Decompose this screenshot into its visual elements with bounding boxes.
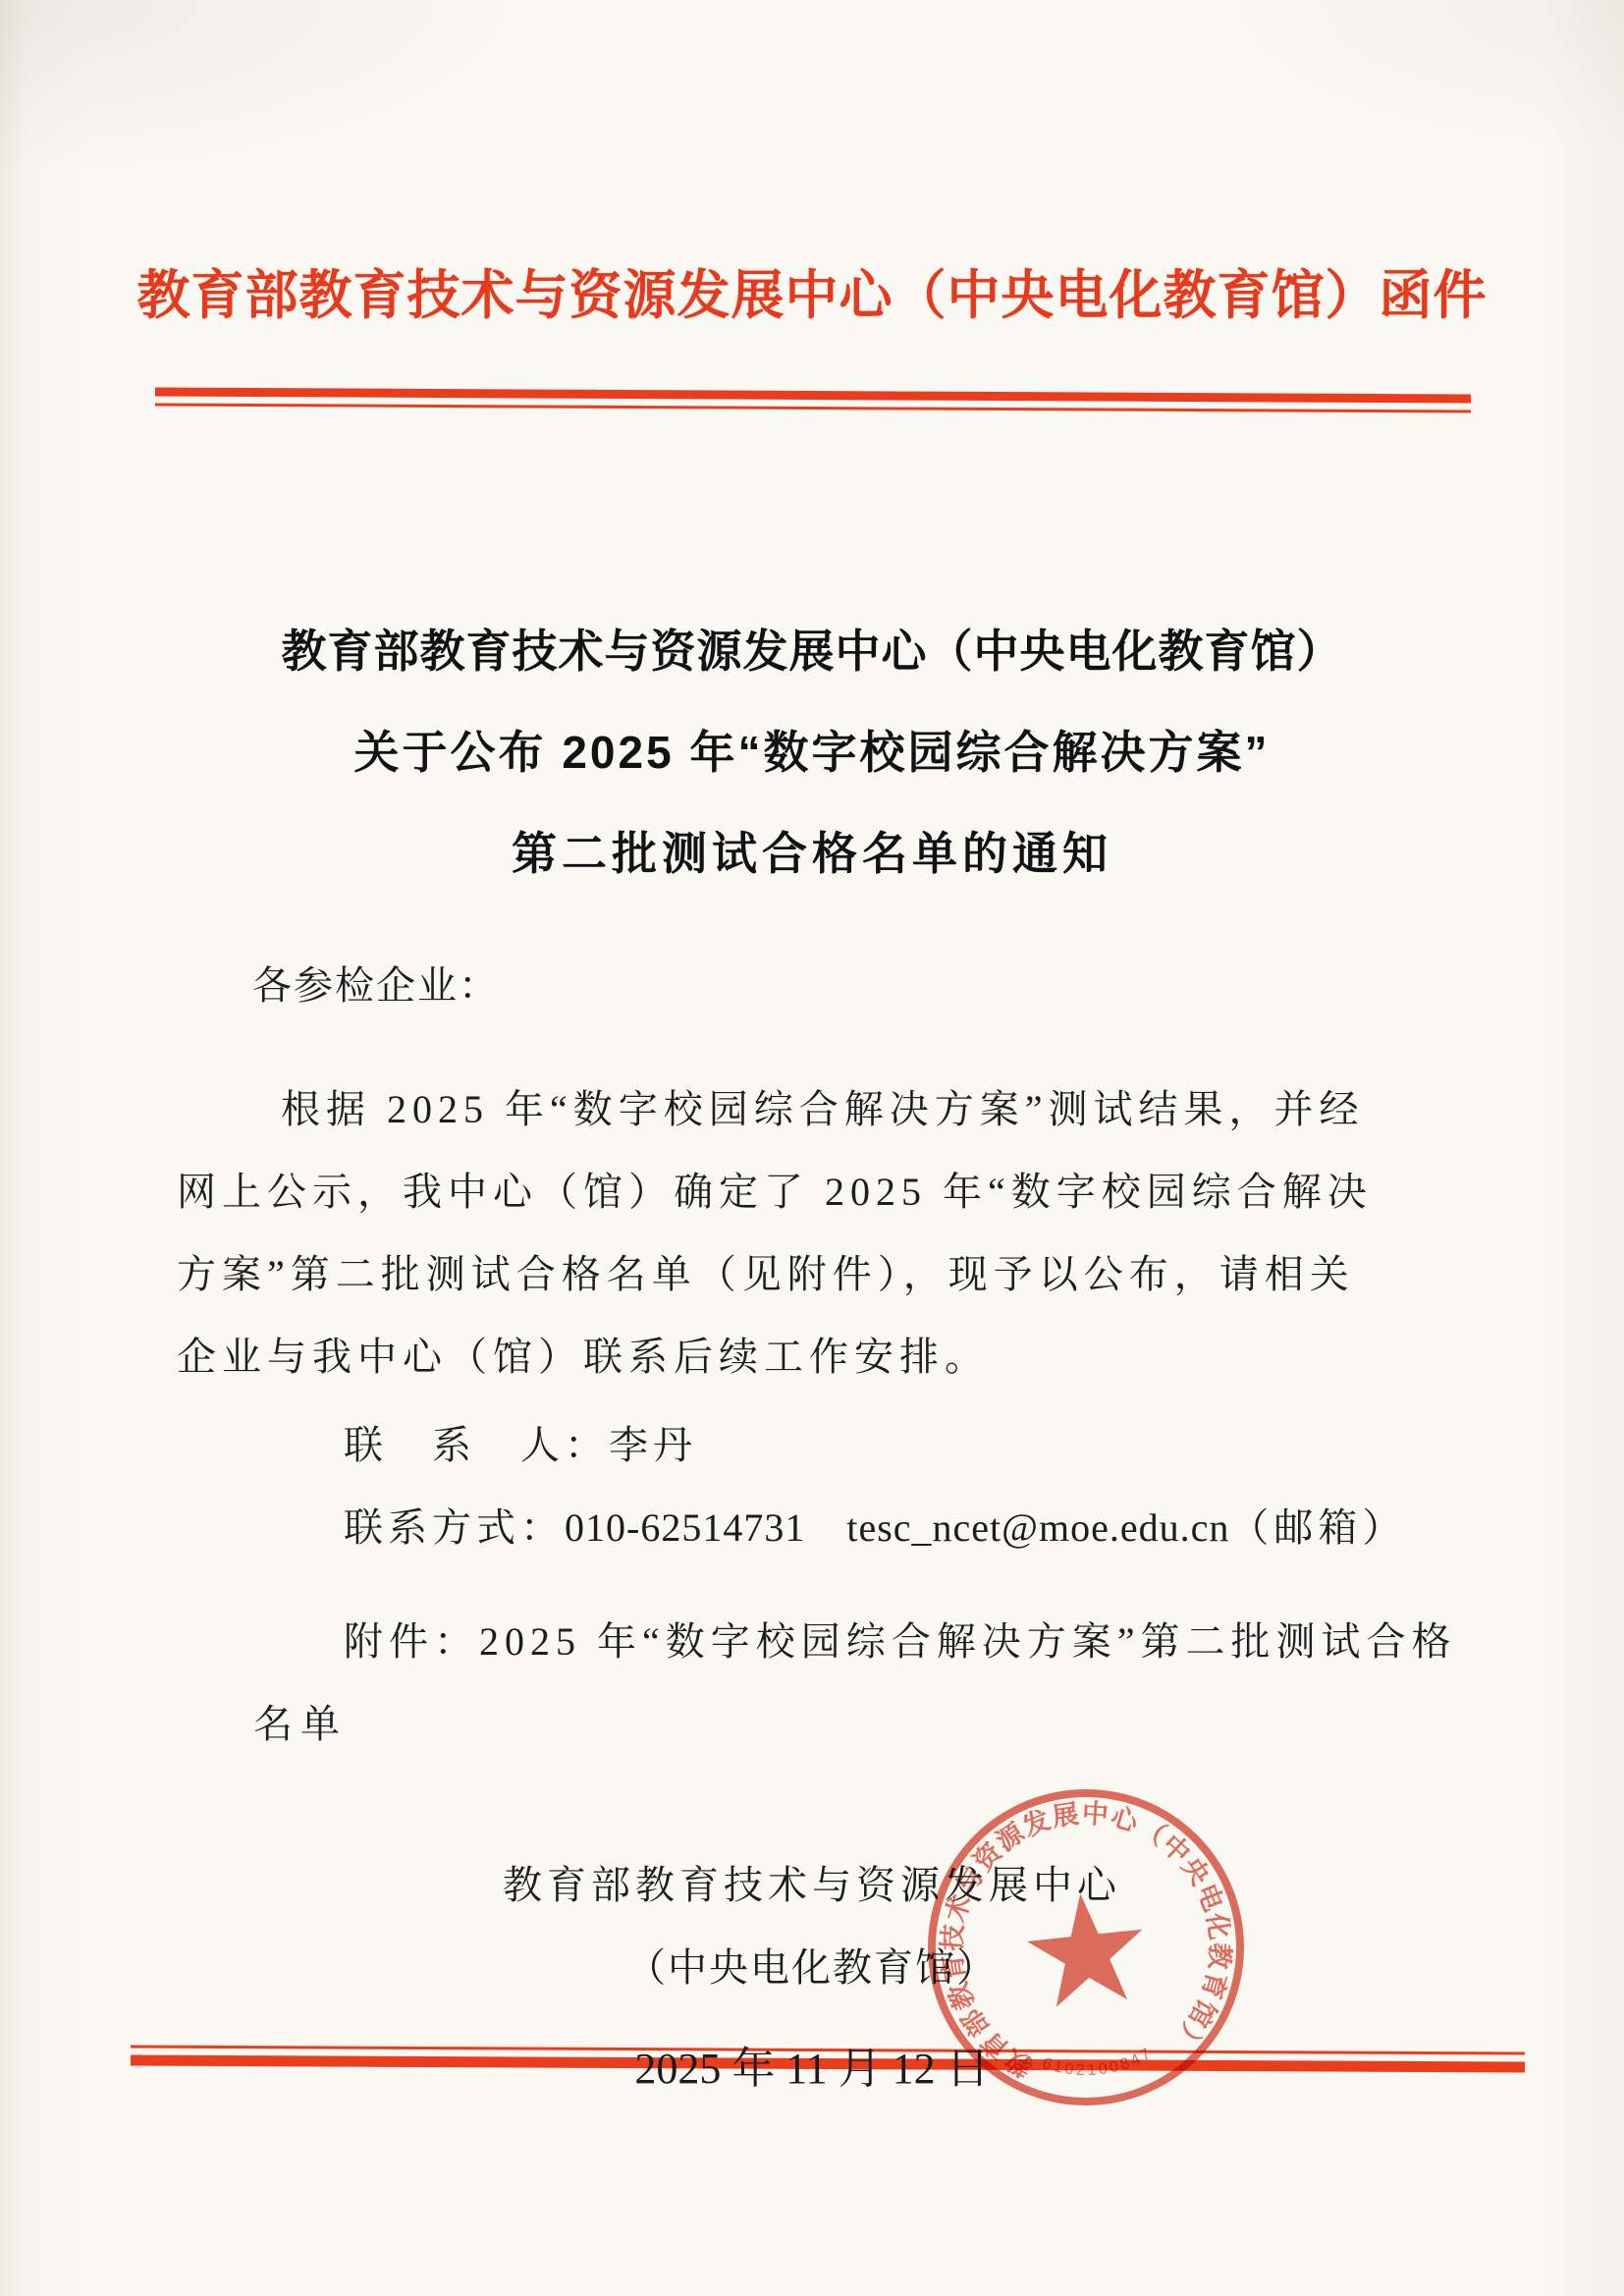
- paragraph-line: 网上公示，我中心（馆）确定了 2025 年“数字校园综合解决: [177, 1151, 1437, 1233]
- contact-email: tesc_ncet@moe.edu.cn: [846, 1505, 1229, 1550]
- paragraph-line: 方案”第二批测试合格名单（见附件），现予以公布，请相关: [177, 1233, 1437, 1316]
- letterhead-title: 教育部教育技术与资源发展中心（中央电化教育馆）函件: [0, 253, 1624, 329]
- contact-person-line: 联 系 人：李丹: [177, 1404, 1437, 1487]
- paragraph-line: 企业与我中心（馆）联系后续工作安排。: [177, 1316, 1437, 1398]
- letterhead-rule-thin: [155, 403, 1471, 412]
- signature-org-line1: 教育部教育技术与资源发展中心: [0, 1854, 1624, 1910]
- contact-person-name: 李丹: [609, 1423, 697, 1467]
- paragraph-line: 根据 2025 年“数字校园综合解决方案”测试结果，并经: [177, 1068, 1437, 1151]
- contact-person-label: 联 系 人：: [344, 1423, 609, 1467]
- attachment-continuation: 名单: [177, 1683, 1437, 1766]
- salutation: 各参检企业：: [177, 945, 1437, 1027]
- official-seal: 教育部教育技术与资源发展中心（中央电化教育馆） 6102100847: [908, 1770, 1265, 2126]
- seal-code: 6102100847: [1039, 2044, 1158, 2085]
- document-title: 教育部教育技术与资源发展中心（中央电化教育馆） 关于公布 2025 年“数字校园…: [0, 601, 1624, 904]
- signature-org-line2: （中央电化教育馆）: [0, 1937, 1624, 1993]
- letterhead-rule-thick: [155, 387, 1471, 403]
- svg-text:6102100847: 6102100847: [1039, 2044, 1158, 2085]
- attachment-line: 附件：2025 年“数字校园综合解决方案”第二批测试合格: [177, 1601, 1437, 1683]
- contact-email-suffix: （邮箱）: [1229, 1505, 1406, 1550]
- star-icon: [1023, 1887, 1150, 2009]
- document-title-line2: 关于公布 2025 年“数字校园综合解决方案”: [0, 702, 1624, 803]
- document-title-line1: 教育部教育技术与资源发展中心（中央电化教育馆）: [0, 601, 1624, 702]
- contact-method-line: 联系方式：010-62514731tesc_ncet@moe.edu.cn（邮箱…: [177, 1487, 1437, 1569]
- scanned-letter-page: 教育部教育技术与资源发展中心（中央电化教育馆）函件 教育部教育技术与资源发展中心…: [0, 0, 1624, 2296]
- signature-block: 教育部教育技术与资源发展中心 （中央电化教育馆） 2025 年 11 月 12 …: [0, 1854, 1624, 2109]
- contact-method-label: 联系方式：: [344, 1505, 565, 1550]
- letter-body: 各参检企业： 根据 2025 年“数字校园综合解决方案”测试结果，并经 网上公示…: [177, 945, 1437, 1766]
- signature-date: 2025 年 11 月 12 日: [0, 2033, 1624, 2096]
- document-title-line3: 第二批测试合格名单的通知: [0, 803, 1624, 904]
- contact-phone: 010-62514731: [565, 1505, 805, 1550]
